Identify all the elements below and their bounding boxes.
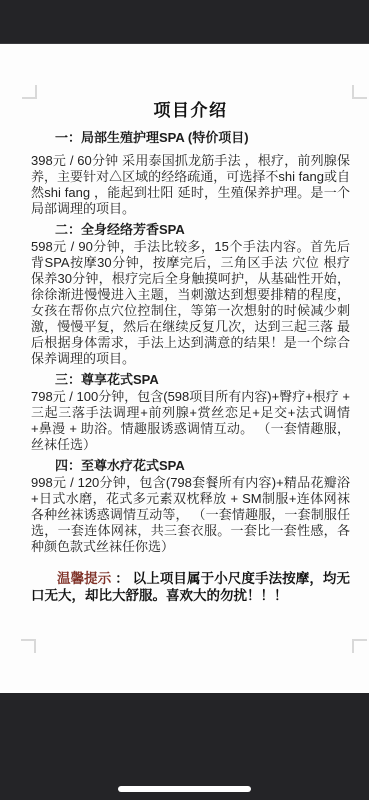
section-3-body: 798元 / 100分钟，包含(598项目所有内容)+臀疗+根疗 + 三起三落手… <box>31 389 350 453</box>
document-title: 项目介绍 <box>31 101 350 121</box>
section-2-heading: 二：全身经络芳香SPA <box>31 222 350 238</box>
section-2: 二：全身经络芳香SPA 598元 / 90分钟，手法比较多，15个手法内容。首先… <box>31 222 350 367</box>
section-4: 四：至尊水疗花式SPA 998元 / 120分钟，包含(798套餐所有内容)+精… <box>31 458 350 555</box>
section-4-body: 998元 / 120分钟，包含(798套餐所有内容)+精品花瓣浴+日式水磨，花式… <box>31 475 350 555</box>
document-page[interactable]: 项目介绍 一：局部生殖护理SPA (特价项目) 398元 / 60分钟 采用泰国… <box>0 44 369 693</box>
section-3: 三：尊享花式SPA 798元 / 100分钟，包含(598项目所有内容)+臀疗+… <box>31 372 350 453</box>
notice-label: 温馨提示 <box>57 571 111 586</box>
notice: 温馨提示 ： 以上项目属于小尺度手法按摩，均无口无大，却比大舒服。喜欢大的勿扰！… <box>31 570 350 604</box>
section-1: 一：局部生殖护理SPA (特价项目) 398元 / 60分钟 采用泰国抓龙筋手法… <box>31 130 350 217</box>
section-1-heading: 一：局部生殖护理SPA (特价项目) <box>31 130 350 146</box>
phone-screen: 项目介绍 一：局部生殖护理SPA (特价项目) 398元 / 60分钟 采用泰国… <box>0 0 369 800</box>
section-4-heading: 四：至尊水疗花式SPA <box>31 458 350 474</box>
home-indicator[interactable] <box>118 786 251 792</box>
viewer-top-bar <box>0 0 369 44</box>
margin-mark-bottom-left <box>21 639 36 653</box>
section-2-body: 598元 / 90分钟，手法比较多，15个手法内容。首先后背SPA按摩30分钟，… <box>31 239 350 367</box>
section-1-body: 398元 / 60分钟 采用泰国抓龙筋手法 ，根疗，前列腺保养，主要针对△区域的… <box>31 153 350 217</box>
viewer-bottom-bar <box>0 693 369 800</box>
margin-mark-bottom-right <box>352 639 367 653</box>
document-body: 项目介绍 一：局部生殖护理SPA (特价项目) 398元 / 60分钟 采用泰国… <box>0 44 369 604</box>
section-3-heading: 三：尊享花式SPA <box>31 372 350 388</box>
